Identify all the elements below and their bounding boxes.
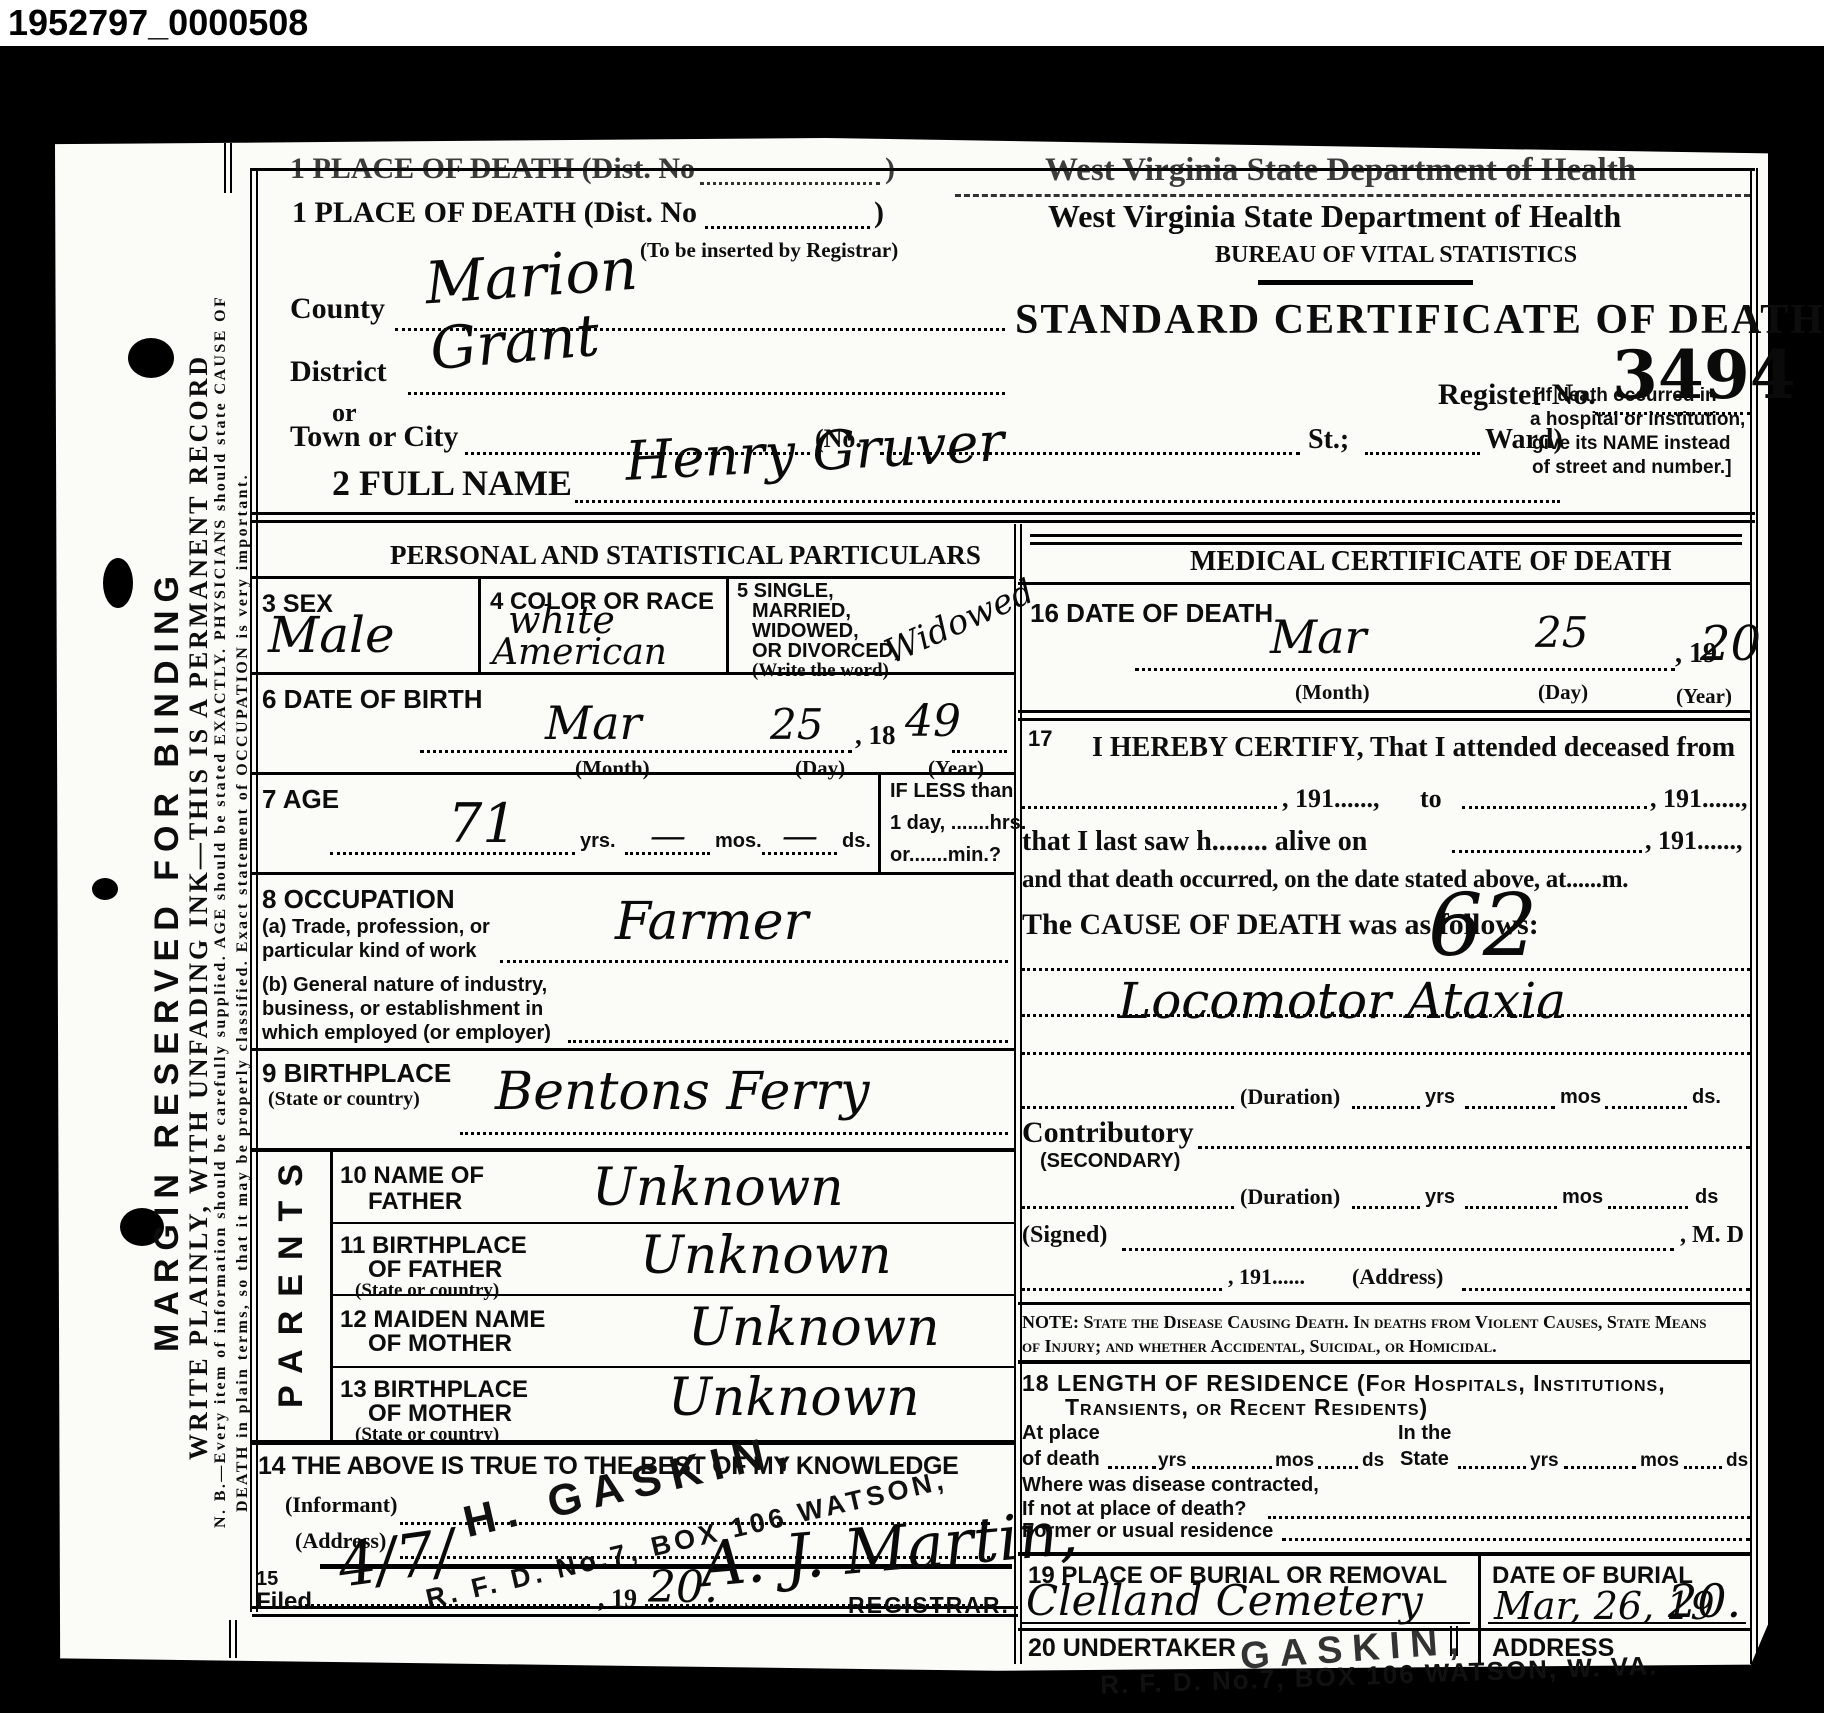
certify-191b: , 191......, xyxy=(1650,784,1748,814)
dotted-line xyxy=(1462,1288,1750,1291)
dotted-line xyxy=(408,392,1005,395)
place-close: ) xyxy=(874,196,884,230)
binding-hole xyxy=(128,338,174,378)
dotted-line xyxy=(1022,806,1277,809)
rule xyxy=(1018,710,1752,721)
cause-value-handwriting: Locomotor Ataxia xyxy=(1118,972,1566,1030)
rule xyxy=(252,1048,1014,1051)
filed-year-printed: , 19 xyxy=(598,1584,637,1614)
burial-value-handwriting: Clelland Cemetery xyxy=(1026,1576,1423,1625)
dotted-line xyxy=(1352,1106,1420,1109)
rule xyxy=(1018,582,1752,585)
age-ds-label: ds. xyxy=(842,830,871,853)
contributory-label: Contributory xyxy=(1022,1116,1194,1150)
father-name-label-line2: FATHER xyxy=(368,1188,462,1216)
dotted-line xyxy=(460,1132,1008,1135)
dotted-line xyxy=(700,182,880,185)
rule xyxy=(252,772,1014,775)
dotted-line xyxy=(575,500,1560,503)
occupation-label: 8 OCCUPATION xyxy=(262,884,455,915)
signed-label: (Signed) xyxy=(1022,1222,1107,1249)
res-ds1: ds xyxy=(1362,1450,1384,1472)
registrar-label: REGISTRAR. xyxy=(848,1592,1010,1619)
dotted-line xyxy=(1564,1466,1636,1469)
dotted-line xyxy=(1465,1106,1555,1109)
parents-vertical-label: PARENTS xyxy=(272,1150,311,1408)
occupation-value-handwriting: Farmer xyxy=(615,892,808,952)
dotted-line xyxy=(420,750,852,753)
res-yrs1: yrs xyxy=(1158,1450,1187,1472)
contracted-line1: Where was disease contracted, xyxy=(1022,1474,1319,1497)
father-birthplace-sublabel: (State or country) xyxy=(355,1280,499,1302)
marital-write-word-note: (Write the word) xyxy=(752,660,889,682)
duration2-ds: ds xyxy=(1695,1186,1718,1209)
full-name-label: 2 FULL NAME xyxy=(332,462,572,504)
address-191: , 191...... xyxy=(1228,1264,1305,1290)
lastsaw-text: that I last saw h........ alive on xyxy=(1022,826,1367,858)
rule xyxy=(330,1222,1014,1224)
mother-maiden-value-handwriting: Unknown xyxy=(688,1298,940,1358)
dotted-line xyxy=(705,226,870,229)
heavy-rule xyxy=(252,1440,1014,1445)
cell-divider xyxy=(478,576,481,672)
department-heading: West Virginia State Department of Health xyxy=(1048,198,1621,235)
dod-day-sublabel: (Day) xyxy=(1538,680,1588,705)
res-state-label: State xyxy=(1400,1448,1449,1471)
certify-number: 17 xyxy=(1028,726,1052,752)
ifless-line3: or.......min.? xyxy=(890,844,1001,867)
age-ds-handwriting: — xyxy=(782,816,818,857)
dotted-line xyxy=(952,750,1007,753)
dotted-line xyxy=(1022,968,1750,971)
dotted-line xyxy=(1462,806,1647,809)
heavy-rule xyxy=(1018,1360,1752,1364)
dotted-line xyxy=(1282,1538,1750,1541)
town-or-city-label: Town or City xyxy=(290,420,458,454)
address-paren-label: (Address) xyxy=(1352,1264,1443,1290)
mother-birthplace-value-handwriting: Unknown xyxy=(668,1368,920,1428)
dotted-line xyxy=(1318,1466,1358,1469)
occupation-b-line2: business, or establishment in xyxy=(262,998,543,1021)
dod-month-handwriting: Mar xyxy=(1270,610,1367,664)
res-mos1: mos xyxy=(1275,1450,1314,1472)
age-mos-label: mos. xyxy=(715,830,762,853)
margin-plainly-text: WRITE PLAINLY, WITH UNFADING INK—THIS IS… xyxy=(184,354,214,1460)
certify-text: I HEREBY CERTIFY, That I attended deceas… xyxy=(1092,732,1735,764)
rule xyxy=(252,1148,1014,1152)
certify-to: to xyxy=(1420,784,1442,814)
duration-yrs: yrs xyxy=(1425,1086,1455,1109)
secondary-label: (SECONDARY) xyxy=(1040,1150,1180,1173)
dotted-line xyxy=(1268,1516,1750,1519)
cell-divider xyxy=(726,576,729,672)
md-label: , M. D xyxy=(1680,1222,1744,1249)
dob-year-handwriting: 49 xyxy=(905,696,961,747)
medical-title-top-rule xyxy=(1030,534,1742,545)
lastsaw-191: , 191......, xyxy=(1645,826,1743,856)
dashed-line xyxy=(955,194,1750,197)
dob-year-printed: , 18 xyxy=(855,720,896,751)
margin-binding-text: MARGIN RESERVED FOR BINDING xyxy=(148,568,187,1352)
medical-section-title: MEDICAL CERTIFICATE OF DEATH xyxy=(1190,546,1672,578)
binding-mark-top xyxy=(224,143,232,193)
county-label: County xyxy=(290,292,385,326)
st-label: St.; xyxy=(1308,424,1349,456)
occupation-a-line1: (a) Trade, profession, or xyxy=(262,916,490,939)
undertaker-label: 20 UNDERTAKER xyxy=(1028,1634,1236,1663)
dob-month-sublabel: (Month) xyxy=(575,756,650,781)
dob-label: 6 DATE OF BIRTH xyxy=(262,684,483,715)
ghost-place-close: ) xyxy=(885,152,895,186)
dotted-line xyxy=(1198,1146,1750,1149)
burial-cell-divider xyxy=(1478,1552,1481,1664)
cause-code-handwriting: 62 xyxy=(1428,876,1537,976)
certify-191a: , 191......, xyxy=(1282,784,1380,814)
res-mos2: mos xyxy=(1640,1450,1679,1472)
age-yrs-label: yrs. xyxy=(580,830,616,853)
dotted-line xyxy=(1122,1248,1674,1251)
dotted-line xyxy=(1605,1106,1687,1109)
registrar-insert-note: (To be inserted by Registrar) xyxy=(640,238,898,263)
dotted-line xyxy=(1108,1466,1156,1469)
duration-label: (Duration) xyxy=(1240,1084,1340,1110)
residence-label-line1: 18 LENGTH OF RESIDENCE (For Hospitals, I… xyxy=(1022,1370,1666,1397)
age-mos-handwriting: — xyxy=(650,816,686,857)
dotted-line xyxy=(305,1604,590,1607)
mother-maiden-label-line2: OF MOTHER xyxy=(368,1330,512,1358)
ghost-place-of-death-label: 1 PLACE OF DEATH (Dist. No xyxy=(290,152,695,186)
scan-id: 1952797_0000508 xyxy=(8,2,308,44)
hospital-note-line1: [If death occurred in xyxy=(1534,385,1717,407)
dotted-line xyxy=(1608,1206,1688,1209)
margin-nb-line1: N. B.—Every item of information should b… xyxy=(212,295,230,1528)
dob-year-sublabel: (Year) xyxy=(928,756,984,781)
binding-mark-bottom-left xyxy=(229,1620,237,1658)
filed-label: Filed xyxy=(256,1588,312,1616)
rule xyxy=(252,576,1014,579)
birthplace-sublabel: (State or country) xyxy=(268,1088,420,1111)
dotted-line xyxy=(568,1040,1008,1043)
dob-day-sublabel: (Day) xyxy=(795,756,845,781)
dod-year-sublabel: (Year) xyxy=(1676,684,1732,709)
inthe-label: In the xyxy=(1398,1422,1451,1445)
contracted-line2: If not at place of death? xyxy=(1022,1498,1246,1521)
residence-label-line2: Transients, or Recent Residents) xyxy=(1065,1394,1428,1421)
dotted-line xyxy=(1022,1052,1750,1055)
res-yrs2: yrs xyxy=(1530,1450,1559,1472)
dotted-line xyxy=(1458,1466,1526,1469)
dotted-line xyxy=(1022,1206,1234,1209)
personal-section-title: PERSONAL AND STATISTICAL PARTICULARS xyxy=(390,540,981,571)
informant-label: (Informant) xyxy=(285,1492,397,1518)
father-birthplace-value-handwriting: Unknown xyxy=(640,1226,892,1286)
dotted-line xyxy=(1135,668,1675,671)
dotted-line xyxy=(330,852,575,855)
birthplace-label: 9 BIRTHPLACE xyxy=(262,1058,451,1089)
birthplace-value-handwriting: Bentons Ferry xyxy=(495,1062,870,1122)
dob-month-handwriting: Mar xyxy=(545,696,642,750)
dod-month-sublabel: (Month) xyxy=(1295,680,1370,705)
ifless-line2: 1 day, .......hrs. xyxy=(890,812,1026,835)
race-value-line2-handwriting: American xyxy=(492,632,667,673)
hospital-note-line4: of street and number.] xyxy=(1532,457,1732,479)
dob-day-handwriting: 25 xyxy=(770,700,823,749)
duration-ds: ds. xyxy=(1692,1086,1721,1109)
rule xyxy=(1018,1302,1752,1305)
dotted-line xyxy=(500,960,1008,963)
place-of-death-label: 1 PLACE OF DEATH (Dist. No xyxy=(292,196,697,230)
dotted-line xyxy=(1365,452,1480,455)
dod-day-handwriting: 25 xyxy=(1535,608,1588,657)
ghost-department-heading: West Virginia State Department of Health xyxy=(1045,152,1636,189)
age-value-handwriting: 71 xyxy=(448,792,517,855)
occupation-b-line1: (b) General nature of industry, xyxy=(262,974,547,997)
rule xyxy=(1488,1622,1746,1624)
duration2-mos: mos xyxy=(1562,1186,1603,1209)
dod-year-handwriting: 20 xyxy=(1700,616,1761,672)
note-line1: NOTE: State the Disease Causing Death. I… xyxy=(1022,1312,1707,1333)
binding-hole xyxy=(103,558,133,608)
bureau-heading: BUREAU OF VITAL STATISTICS xyxy=(1215,242,1577,269)
dotted-line xyxy=(1465,1206,1557,1209)
dotted-line xyxy=(1684,1466,1722,1469)
heavy-rule xyxy=(1018,1552,1752,1556)
bureau-underline xyxy=(1258,280,1473,285)
duration2-label: (Duration) xyxy=(1240,1184,1340,1210)
res-ds2: ds xyxy=(1726,1450,1748,1472)
form-left-border xyxy=(250,168,258,1612)
dotted-line xyxy=(1352,1206,1420,1209)
burial-date-year-handwriting: 20. xyxy=(1668,1574,1741,1628)
date-of-death-label: 16 DATE OF DEATH xyxy=(1030,598,1273,629)
note-line2: of Injury; and whether Accidental, Suici… xyxy=(1022,1336,1497,1357)
dotted-line xyxy=(1452,850,1642,853)
ofdeath-label: of death xyxy=(1022,1448,1100,1471)
ifless-line1: IF LESS than xyxy=(890,780,1013,803)
column-divider xyxy=(1014,524,1022,1664)
duration2-yrs: yrs xyxy=(1425,1186,1455,1209)
father-name-label-line1: 10 NAME OF xyxy=(340,1162,484,1190)
dotted-line xyxy=(1192,1466,1272,1469)
rule xyxy=(252,672,1014,675)
duration-mos: mos xyxy=(1560,1086,1601,1109)
former-residence-label: Former or usual residence xyxy=(1022,1520,1273,1543)
occupation-a-line2: particular kind of work xyxy=(262,940,476,963)
atplace-label: At place xyxy=(1022,1422,1100,1445)
age-label: 7 AGE xyxy=(262,784,339,815)
sex-value-handwriting: Male xyxy=(268,606,395,664)
header-bottom-rule xyxy=(252,512,1755,523)
scanned-death-certificate: 1952797_0000508 MARGIN RESERVED FOR BIND… xyxy=(0,0,1824,1713)
hospital-note-line2: a hospital or institution, xyxy=(1530,409,1745,431)
binding-hole xyxy=(92,878,118,900)
dotted-line xyxy=(1022,1288,1222,1291)
cell-divider xyxy=(878,772,881,872)
dotted-line xyxy=(1022,1106,1234,1109)
district-label: District xyxy=(290,355,387,389)
hospital-note-line3: give its NAME instead xyxy=(1532,433,1731,455)
rule xyxy=(252,872,1014,875)
occupation-b-line3: which employed (or employer) xyxy=(262,1022,551,1045)
father-name-value-handwriting: Unknown xyxy=(592,1158,844,1218)
